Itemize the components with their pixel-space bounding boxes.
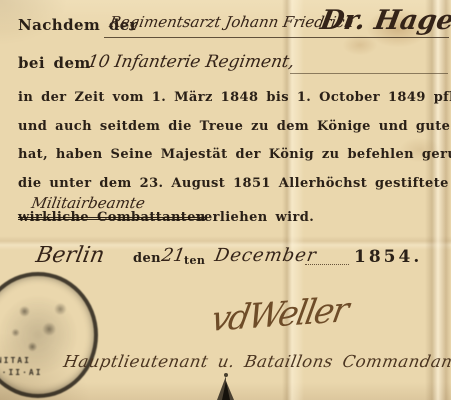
body-line-loyalty: und auch seitdem die Treue zu dem Könige…	[18, 119, 451, 134]
official-stamp: ENITAI BI·II·AI	[0, 272, 98, 398]
printed-verliehen-wird: verliehen wird.	[196, 210, 314, 225]
written-place: Berlin	[34, 243, 106, 268]
seal-tassel	[212, 372, 238, 400]
certificate-document: Nachdem der Regimentsarzt Johann Friedri…	[0, 0, 451, 400]
struck-printed-text: wirkliche Combattanten	[18, 210, 206, 225]
written-surname: Dr. Hager	[318, 5, 451, 36]
body-line-majesty: hat, haben Seine Majestät der König zu b…	[18, 147, 451, 162]
fill-in-rule-line2	[290, 73, 448, 74]
body-line-denkmuenze: die unter dem 23. August 1851 Allerhöchs…	[18, 176, 451, 191]
printed-bei-dem: bei dem	[18, 54, 91, 72]
body-line-service-period: in der Zeit vom 1. März 1848 bis 1. Octo…	[18, 90, 451, 105]
printed-den: den	[133, 251, 161, 266]
written-unit: 10 Infanterie Regiment,	[86, 52, 296, 72]
signer-title-handwritten: Hauptlieutenant u. Bataillons Commandant	[62, 352, 451, 371]
written-day: 21	[160, 245, 187, 266]
stamp-text-line1: ENITAI	[0, 356, 31, 365]
signature-handwritten: vdWeller	[208, 290, 350, 340]
written-month: December	[213, 245, 318, 266]
printed-ten-suffix: ten	[184, 254, 205, 267]
fill-in-rule-line1	[104, 37, 449, 38]
printed-year: 1854.	[354, 247, 422, 267]
stamp-text-line2: BI·II·AI	[0, 368, 43, 377]
dotted-leader	[305, 264, 349, 265]
